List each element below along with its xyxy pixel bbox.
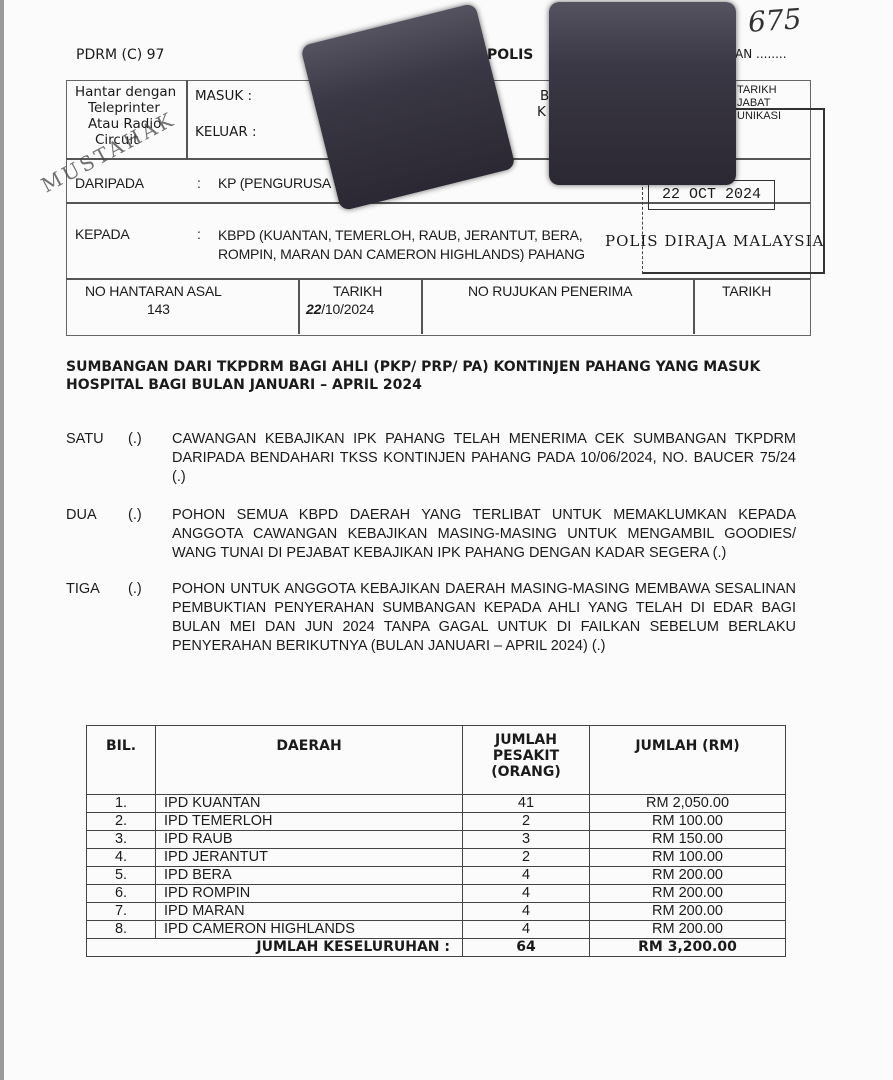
kepada-label: KEPADA	[75, 226, 130, 242]
table-row: 1.IPD KUANTAN41RM 2,050.00	[87, 795, 786, 813]
row-pesakit: 4	[463, 921, 590, 939]
form-code: PDRM (C) 97	[76, 47, 164, 63]
partial-b: B	[540, 88, 549, 104]
row-bil: 2.	[87, 813, 156, 831]
row-amount: RM 100.00	[590, 849, 786, 867]
total-patients: 64	[463, 939, 590, 957]
kepada-value: KBPD (KUANTAN, TEMERLOH, RAUB, JERANTUT,…	[218, 226, 585, 264]
handwritten-reference-number: 675	[747, 2, 803, 39]
redaction-box	[549, 2, 736, 185]
daripada-value: KP (PENGURUSA	[218, 175, 331, 191]
row-daerah: IPD CAMERON HIGHLANDS	[156, 921, 463, 939]
row-amount: RM 200.00	[590, 867, 786, 885]
row-pesakit: 2	[463, 849, 590, 867]
masuk-label: MASUK :	[195, 88, 252, 104]
row-pesakit: 4	[463, 867, 590, 885]
keluar-label: KELUAR :	[195, 124, 257, 140]
header-jumlah-rm: JUMLAH (RM)	[590, 726, 786, 795]
table-row: 8.IPD CAMERON HIGHLANDS4RM 200.00	[87, 921, 786, 939]
table-row: 5.IPD BERA4RM 200.00	[87, 867, 786, 885]
row-daerah: IPD JERANTUT	[156, 849, 463, 867]
tarikh-label: TARIKH	[333, 283, 382, 299]
row-amount: RM 150.00	[590, 831, 786, 849]
row-daerah: IPD MARAN	[156, 903, 463, 921]
table-row: 4.IPD JERANTUT2RM 100.00	[87, 849, 786, 867]
table-header-row: BIL. DAERAH JUMLAH PESAKIT (ORANG) JUMLA…	[87, 726, 786, 795]
row-daerah: IPD KUANTAN	[156, 795, 463, 813]
row-bil: 4.	[87, 849, 156, 867]
total-amount: RM 3,200.00	[590, 939, 786, 957]
row-amount: RM 100.00	[590, 813, 786, 831]
total-label: JUMLAH KESELURUHAN :	[87, 939, 463, 957]
row-pesakit: 41	[463, 795, 590, 813]
row-pesakit: 4	[463, 903, 590, 921]
table-row: 2.IPD TEMERLOH2RM 100.00	[87, 813, 786, 831]
header-jumlah-pesakit: JUMLAH PESAKIT (ORANG)	[463, 726, 590, 795]
row-daerah: IPD RAUB	[156, 831, 463, 849]
row-bil: 7.	[87, 903, 156, 921]
colon: :	[197, 226, 201, 242]
table-row: 7.IPD MARAN4RM 200.00	[87, 903, 786, 921]
page-edge-shadow	[0, 0, 4, 1080]
no-hantaran-label: NO HANTARAN ASAL	[85, 283, 222, 299]
org-stamp-text: POLIS DIRAJA MALAYSIA	[605, 232, 824, 250]
row-amount: RM 200.00	[590, 885, 786, 903]
tarikh2-label: TARIKH	[722, 283, 771, 299]
no-rujukan-label: NO RUJUKAN PENERIMA	[468, 283, 632, 299]
row-daerah: IPD ROMPIN	[156, 885, 463, 903]
row-amount: RM 200.00	[590, 903, 786, 921]
subject-heading: SUMBANGAN DARI TKPDRM BAGI AHLI (PKP/ PR…	[66, 358, 796, 394]
header-right-fragment: AN ........	[735, 47, 787, 61]
row-pesakit: 3	[463, 831, 590, 849]
row-bil: 1.	[87, 795, 156, 813]
row-amount: RM 200.00	[590, 921, 786, 939]
row-bil: 5.	[87, 867, 156, 885]
row-pesakit: 2	[463, 813, 590, 831]
no-hantaran-value: 143	[147, 301, 170, 317]
row-bil: 6.	[87, 885, 156, 903]
contribution-table: BIL. DAERAH JUMLAH PESAKIT (ORANG) JUMLA…	[86, 725, 786, 957]
row-bil: 3.	[87, 831, 156, 849]
colon: :	[197, 175, 201, 191]
row-pesakit: 4	[463, 885, 590, 903]
row-amount: RM 2,050.00	[590, 795, 786, 813]
table-total-row: JUMLAH KESELURUHAN : 64 RM 3,200.00	[87, 939, 786, 957]
tarikh-value: 22/10/2024	[306, 301, 374, 317]
partial-k: K	[537, 104, 546, 120]
table-row: 3.IPD RAUB3RM 150.00	[87, 831, 786, 849]
row-bil: 8.	[87, 921, 156, 939]
row-daerah: IPD TEMERLOH	[156, 813, 463, 831]
row-daerah: IPD BERA	[156, 867, 463, 885]
header-title: POLIS	[487, 47, 533, 63]
header-daerah: DAERAH	[156, 726, 463, 795]
table-row: 6.IPD ROMPIN4RM 200.00	[87, 885, 786, 903]
header-bil: BIL.	[87, 726, 156, 795]
